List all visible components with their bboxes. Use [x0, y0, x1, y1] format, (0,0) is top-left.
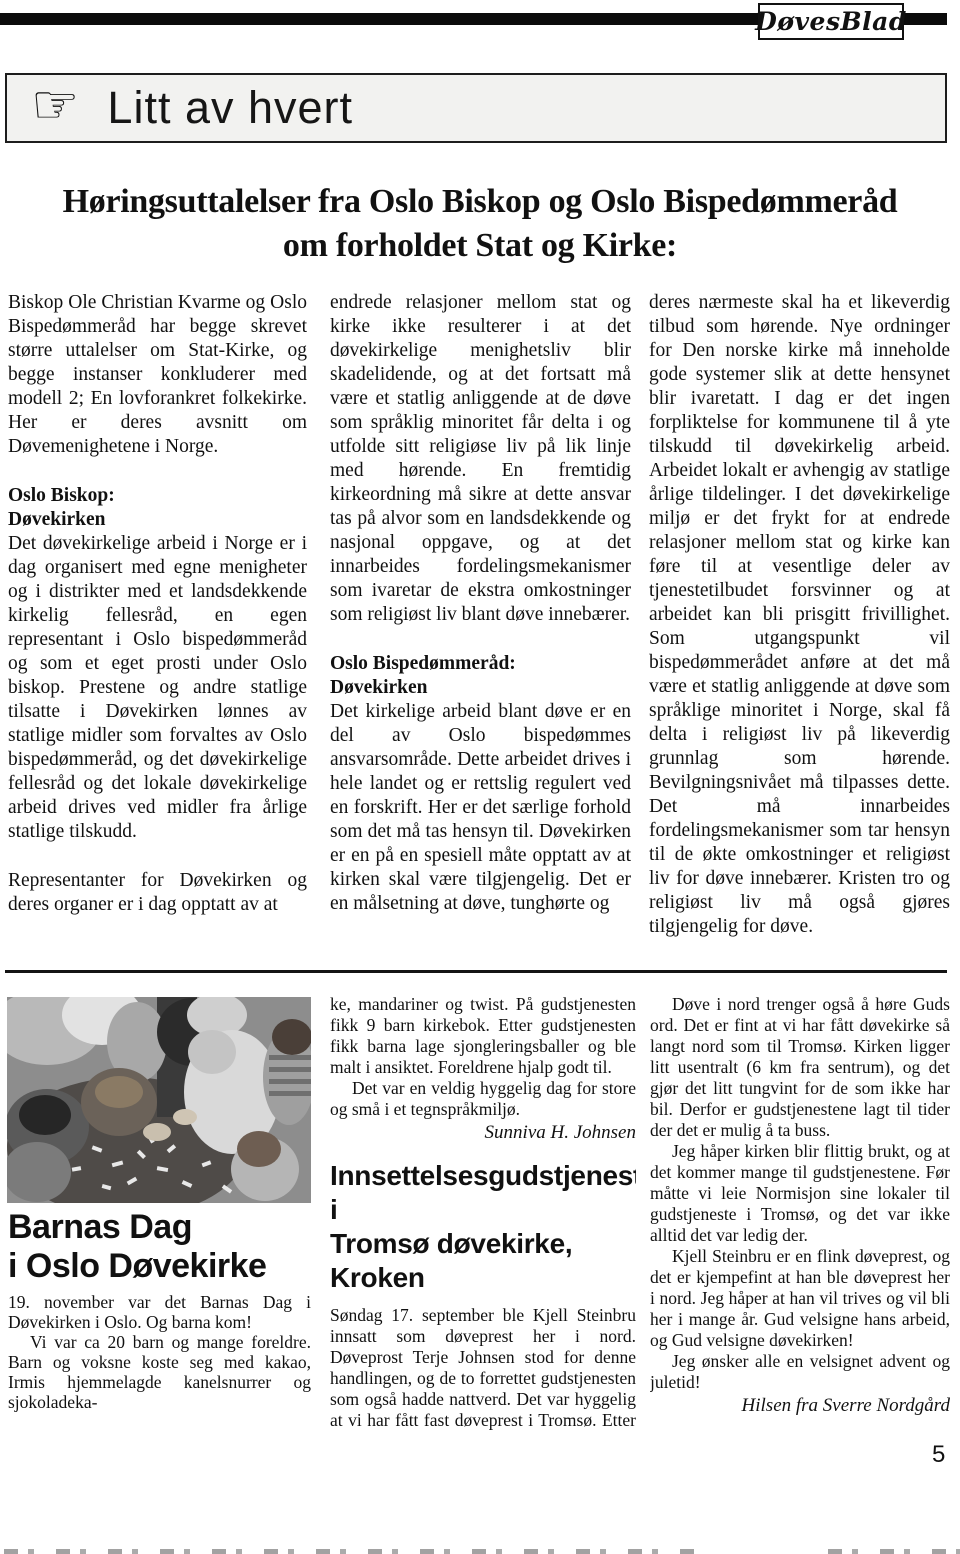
bottom-middle-column: ke, mandariner og twist. På gudstjeneste… [330, 994, 636, 1434]
signature-sverre: Hilsen fra Sverre Nordgård [650, 1395, 950, 1416]
page-edge-text-fragments [4, 1549, 704, 1554]
section-divider-rule [5, 970, 947, 973]
body-paragraph: Vi var ca 20 barn og mange foreldre. Bar… [8, 1332, 311, 1412]
body-paragraph: Representanter for Døvekirken og deres o… [8, 869, 307, 917]
headline-line-1: Høringsuttalelser fra Oslo Biskop og Osl… [63, 183, 898, 220]
barnas-dag-heading: Barnas Dag i Oslo Døvekirke [8, 1208, 311, 1286]
hearing-column-1: Biskop Ole Christian Kvarme og Oslo Bisp… [8, 291, 307, 953]
intro-paragraph: Biskop Ole Christian Kvarme og Oslo Bisp… [8, 291, 307, 459]
pointing-hand-icon: ☞ [31, 78, 79, 132]
children-candy-photo [7, 997, 311, 1203]
innsettelse-heading-line-1: Innsettelsesgudstjeneste i [330, 1160, 636, 1225]
magazine-page: DøvesBlad ☞ Litt av hvert Høringsuttalel… [0, 0, 960, 1554]
signature-sunniva: Sunniva H. Johnsen [330, 1122, 636, 1143]
masthead-logo-text: DøvesBlad [755, 7, 907, 36]
body-paragraph: Jeg håper kirken blir flittig brukt, og … [650, 1141, 950, 1246]
body-paragraph: Kjell Steinbru er en flink døveprest, og… [650, 1246, 950, 1351]
innsettelse-heading-line-2: Tromsø døvekirke, Kroken [330, 1228, 572, 1293]
body-paragraph: endrede relasjoner mellom stat og kirke … [330, 291, 631, 627]
body-paragraph: Døve i nord trenger også å høre Guds ord… [650, 994, 950, 1141]
innsettelse-heading: Innsettelsesgudstjeneste i Tromsø døveki… [330, 1159, 636, 1295]
headline-line-2: om forholdet Stat og Kirke: [283, 227, 677, 264]
section-banner: ☞ Litt av hvert [5, 73, 947, 143]
barnas-dag-heading-line-2: i Oslo Døvekirke [8, 1247, 266, 1285]
subhead-dovekirken-1: Døvekirken [8, 508, 307, 532]
article-headline: Høringsuttalelser fra Oslo Biskop og Osl… [2, 180, 958, 268]
hearing-column-3: deres nærmeste skal ha et likeverdig til… [649, 291, 950, 953]
subhead-oslo-biskop: Oslo Biskop: [8, 484, 307, 508]
masthead-logo: DøvesBlad [758, 3, 904, 40]
body-paragraph: Det kirkelige arbeid blant døve er en de… [330, 700, 631, 916]
body-paragraph: 19. november var det Barnas Dag i Døveki… [8, 1292, 311, 1332]
hearing-column-2: endrede relasjoner mellom stat og kirke … [330, 291, 631, 953]
page-number: 5 [932, 1441, 945, 1469]
barnas-dag-column: 19. november var det Barnas Dag i Døveki… [8, 1292, 311, 1462]
body-paragraph: Det var en veldig hyggelig dag for store… [330, 1078, 636, 1120]
section-banner-title: Litt av hvert [107, 82, 353, 134]
body-paragraph: Søndag 17. september ble Kjell Steinbru … [330, 1305, 636, 1434]
barnas-dag-heading-line-1: Barnas Dag [8, 1208, 192, 1246]
subhead-dovekirken-2: Døvekirken [330, 676, 631, 700]
body-paragraph: Jeg ønsker alle en velsignet advent og j… [650, 1351, 950, 1393]
body-paragraph: deres nærmeste skal ha et likeverdig til… [649, 291, 950, 939]
page-edge-text-fragments [828, 1549, 960, 1554]
subhead-oslo-bispedommerad: Oslo Bispedømmeråd: [330, 652, 631, 676]
body-paragraph: Det døvekirkelige arbeid i Norge er i da… [8, 532, 307, 844]
body-paragraph: ke, mandariner og twist. På gudstjeneste… [330, 994, 636, 1078]
bottom-right-column: Døve i nord trenger også å høre Guds ord… [650, 994, 950, 1434]
